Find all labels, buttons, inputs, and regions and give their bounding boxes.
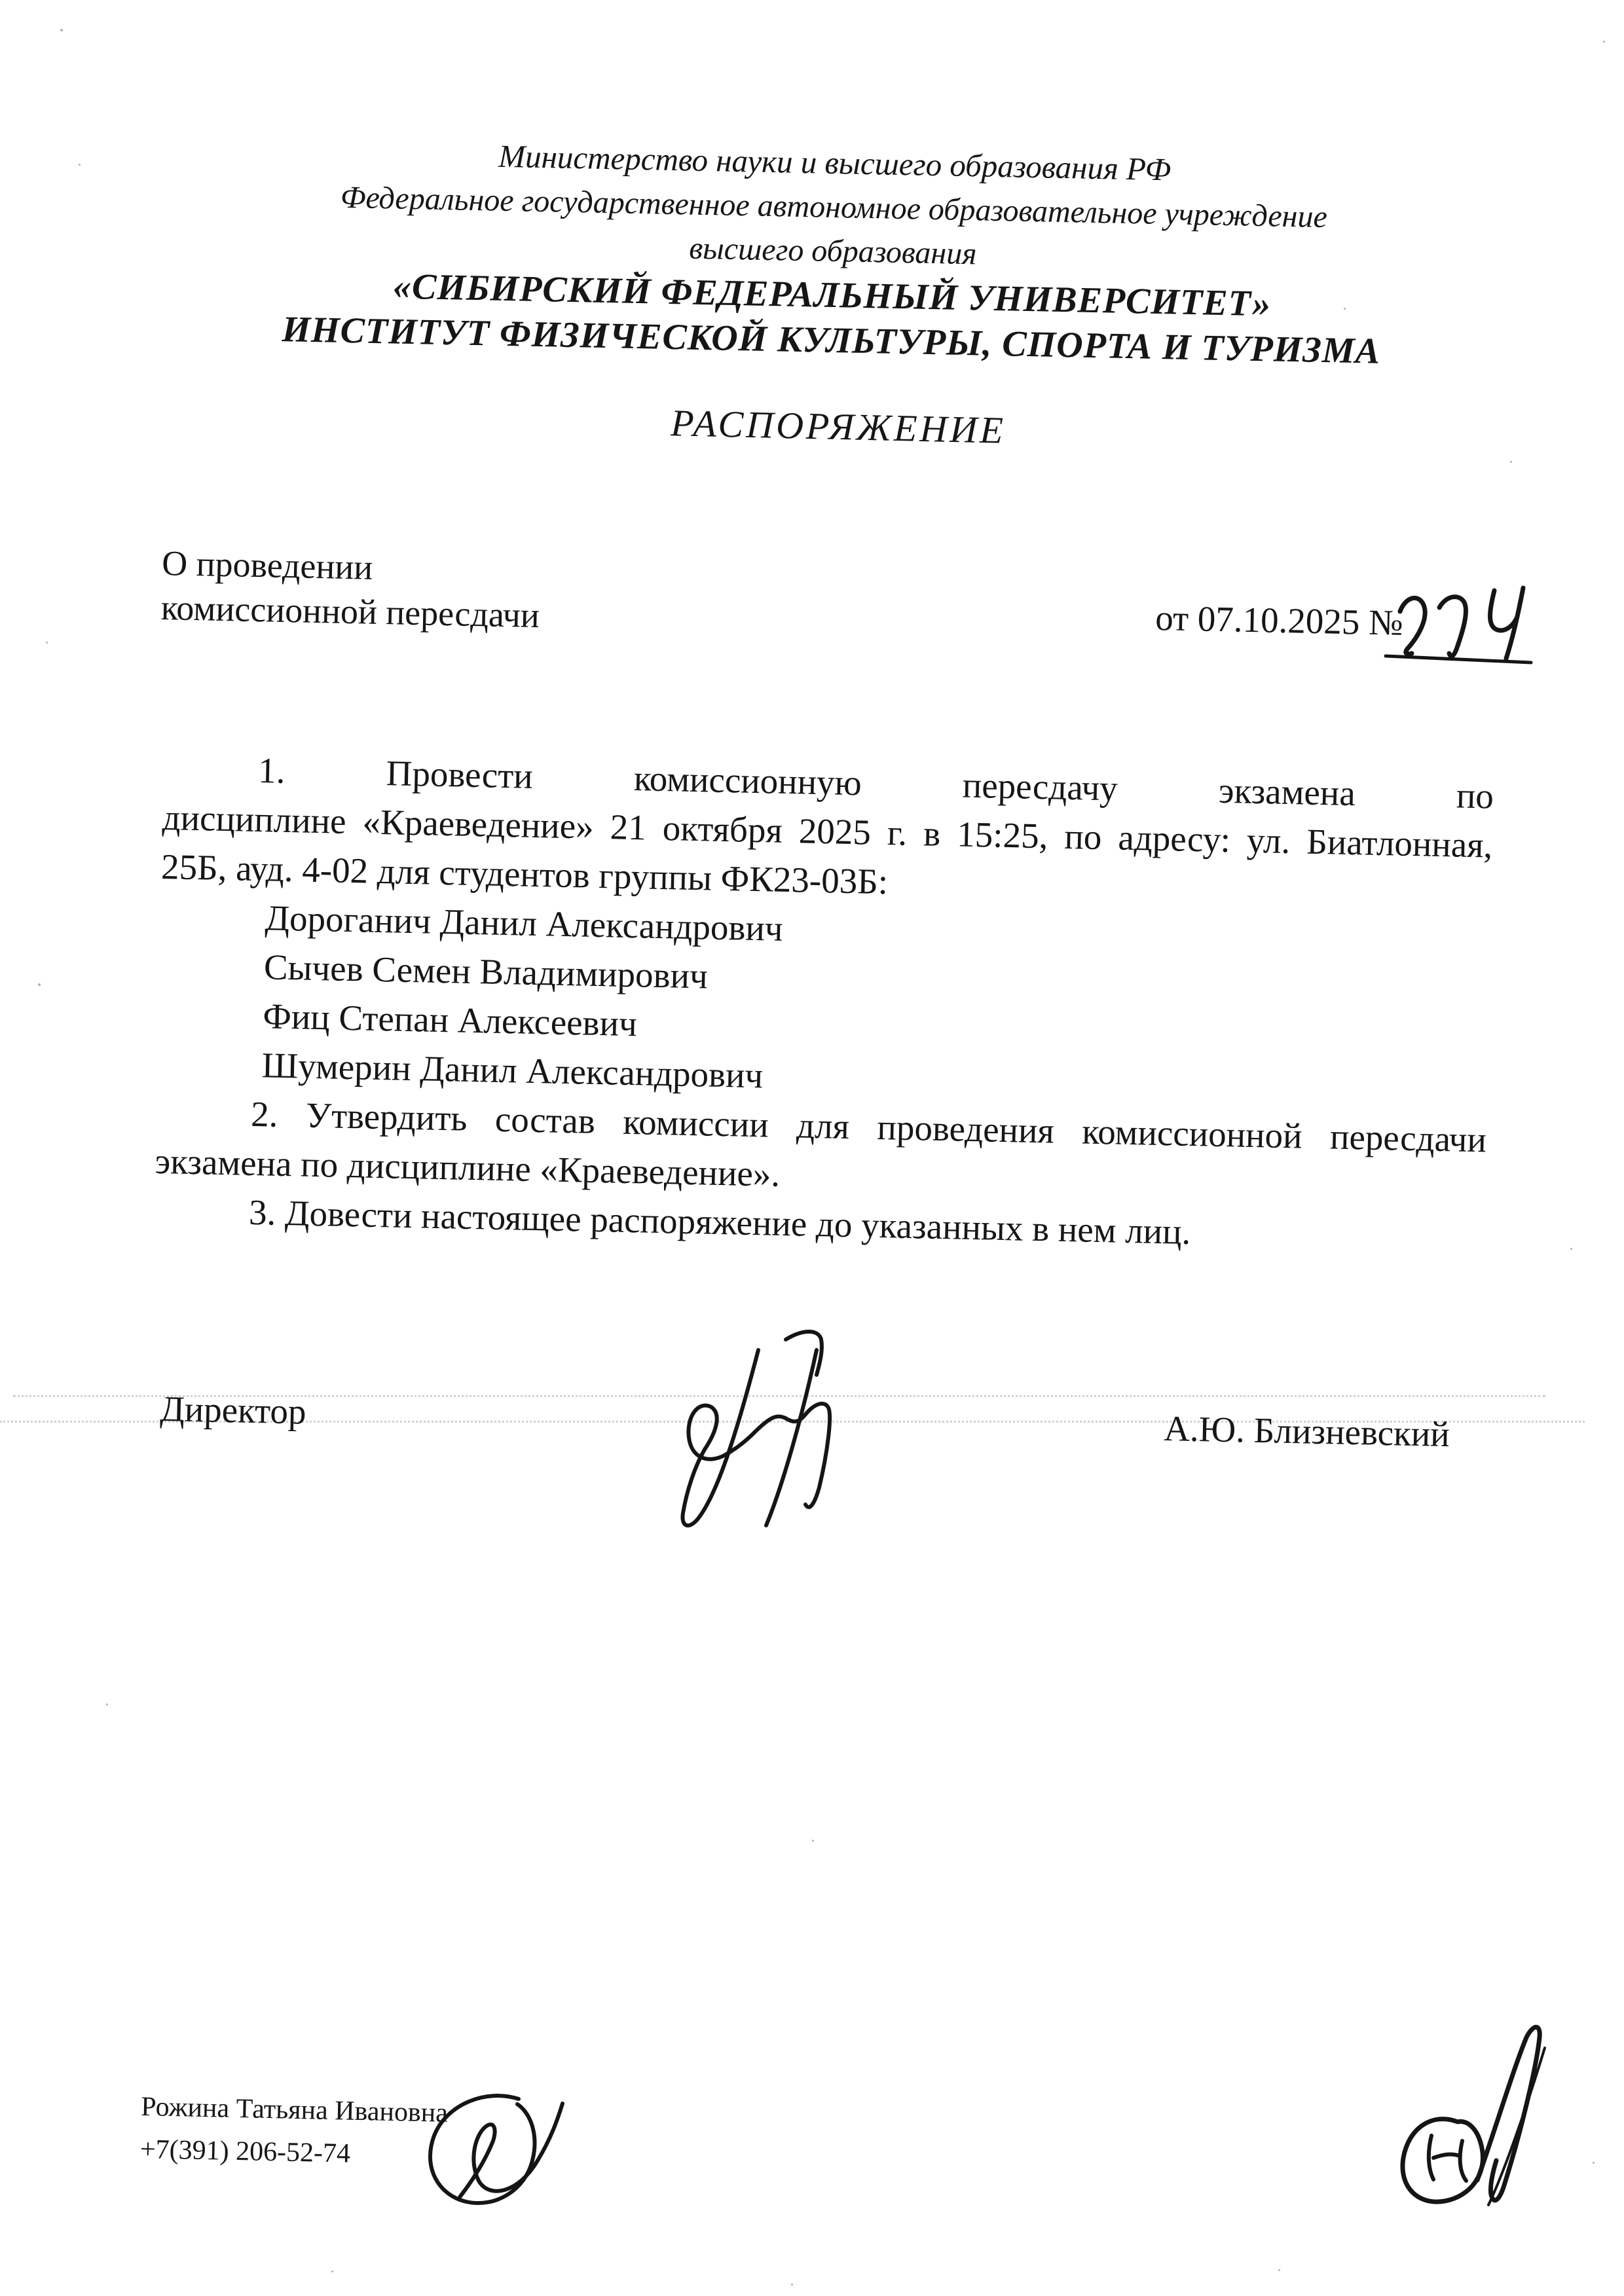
scan-speck <box>1510 461 1512 463</box>
executor-phone: +7(391) 206-52-74 <box>139 2128 447 2178</box>
scan-speck <box>1570 1248 1572 1250</box>
scan-speck <box>812 1840 814 1842</box>
scan-speck <box>1603 41 1605 43</box>
scan-speck <box>46 642 48 644</box>
signer-position-label: Директор <box>160 1388 306 1432</box>
letterhead: Министерство науки и высшего образования… <box>19 124 1624 380</box>
scan-speck <box>331 2270 333 2272</box>
executor-name: Рожина Татьяна Ивановна <box>141 2086 449 2135</box>
scan-speck <box>1278 2269 1280 2271</box>
executor-block: Рожина Татьяна Ивановна +7(391) 206-52-7… <box>139 2086 448 2178</box>
subject-line-2: комиссионной пересдачи <box>160 585 540 638</box>
signer-name: А.Ю. Близневский <box>1164 1408 1450 1455</box>
scan-speck <box>79 164 81 166</box>
director-signature <box>682 1332 830 1525</box>
handwritten-number <box>1386 588 1531 663</box>
subject-line-1: О проведении <box>162 541 541 593</box>
date-number-line: от 07.10.2025 № <box>1155 597 1404 644</box>
page-corner-paraph-signature <box>1403 2027 1545 2205</box>
executor-paraph-signature <box>430 2096 563 2203</box>
scan-speck <box>38 983 41 986</box>
scan-speck <box>1593 2162 1595 2164</box>
subject-block: О проведении комиссионной пересдачи <box>160 541 541 638</box>
body-text: 1. Провести комиссионную пересдачу экзам… <box>153 748 1494 1266</box>
scanned-document-page: Министерство науки и высшего образования… <box>0 0 1624 2296</box>
scan-speck <box>1344 308 1346 310</box>
scan-speck <box>106 1704 108 1705</box>
scan-speck <box>791 2284 793 2286</box>
document-type-title: РАСПОРЯЖЕНИЕ <box>26 386 1624 467</box>
scan-speck <box>60 29 63 31</box>
